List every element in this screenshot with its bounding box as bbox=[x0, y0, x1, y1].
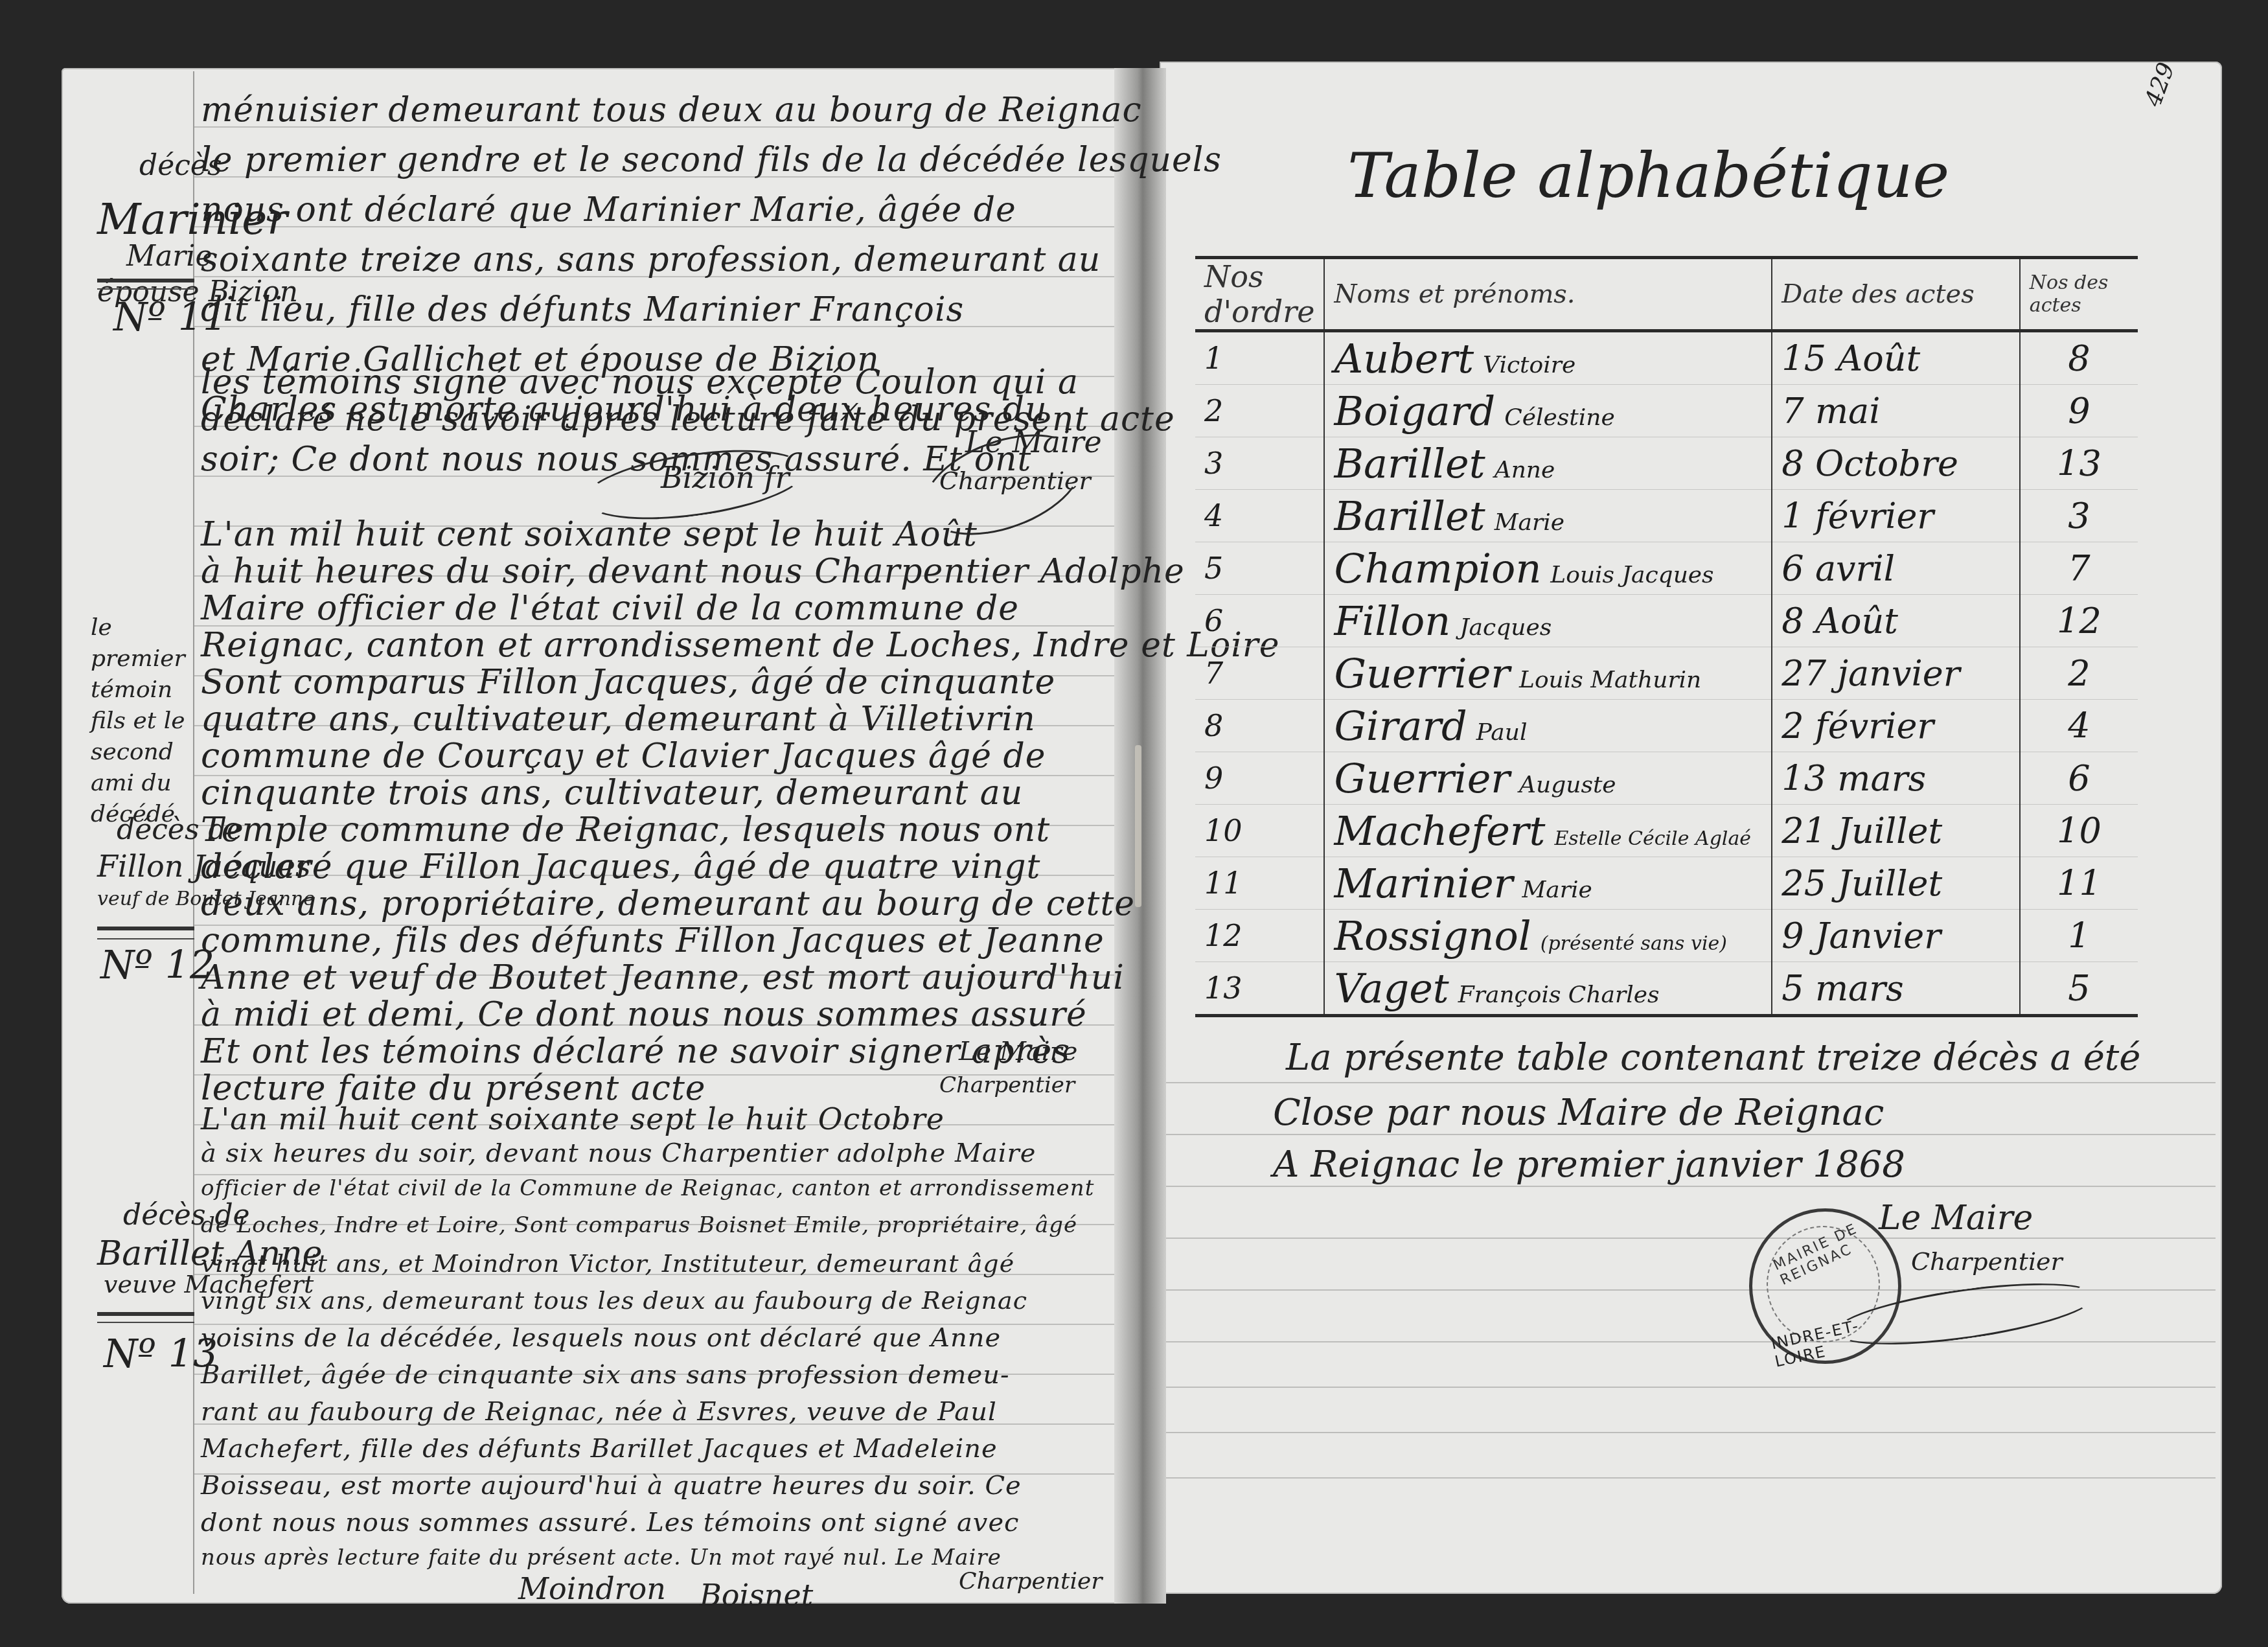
given-name: François Charles bbox=[1458, 982, 1660, 1008]
text-line: commune de Courçay et Clavier Jacques âg… bbox=[201, 737, 1046, 776]
row-no: 7 bbox=[1195, 647, 1324, 700]
text-line: cinquante trois ans, cultivateur, demeur… bbox=[201, 774, 1023, 812]
row-name: FillonJacques bbox=[1324, 595, 1772, 647]
surname: Barillet bbox=[1334, 440, 1485, 487]
row-no: 5 bbox=[1195, 542, 1324, 595]
text-line: dit lieu, fille des défunts Marinier Fra… bbox=[201, 290, 964, 329]
signature: Moindron bbox=[518, 1571, 666, 1606]
table-row: 11 MarinierMarie 25 Juillet 11 bbox=[1195, 857, 2138, 910]
row-name: MarinierMarie bbox=[1324, 857, 1772, 910]
row-acte: 1 bbox=[2020, 910, 2138, 962]
row-date: 5 mars bbox=[1772, 962, 2020, 1016]
given-name: Victoire bbox=[1483, 352, 1575, 378]
row-date: 2 février bbox=[1772, 700, 2020, 752]
row-acte: 6 bbox=[2020, 752, 2138, 805]
mayor-name-signature: Charpentier bbox=[1911, 1247, 2063, 1276]
text-line: déclaré que Fillon Jacques, âgé de quatr… bbox=[201, 847, 1040, 886]
text-line: Anne et veuf de Boutet Jeanne, est mort … bbox=[201, 958, 1125, 997]
text-line: nous ont déclaré que Marinier Marie, âgé… bbox=[201, 190, 1016, 229]
table-row: 12 Rossignol(présenté sans vie) 9 Janvie… bbox=[1195, 910, 2138, 962]
text-line: voisins de la décédée, lesquels nous ont… bbox=[201, 1323, 1001, 1353]
text-line: à six heures du soir, devant nous Charpe… bbox=[201, 1138, 1036, 1168]
row-name: BoigardCélestine bbox=[1324, 385, 1772, 437]
given-name: Célestine bbox=[1504, 404, 1615, 431]
surname: Guerrier bbox=[1334, 650, 1510, 697]
row-no: 12 bbox=[1195, 910, 1324, 962]
signature: Charpentier bbox=[939, 1072, 1075, 1098]
row-acte: 5 bbox=[2020, 962, 2138, 1016]
text-line: à huit heures du soir, devant nous Charp… bbox=[201, 552, 1185, 591]
row-no: 8 bbox=[1195, 700, 1324, 752]
text-line: deux ans, propriétaire, demeurant au bou… bbox=[201, 884, 1135, 923]
row-name: ChampionLouis Jacques bbox=[1324, 542, 1772, 595]
row-name: BarilletAnne bbox=[1324, 437, 1772, 490]
given-name: Paul bbox=[1476, 719, 1528, 746]
table-row: 10 MachefertEstelle Cécile Aglaé 21 Juil… bbox=[1195, 805, 2138, 857]
row-date: 27 janvier bbox=[1772, 647, 2020, 700]
row-no: 6 bbox=[1195, 595, 1324, 647]
row-acte: 7 bbox=[2020, 542, 2138, 595]
row-date: 8 Août bbox=[1772, 595, 2020, 647]
text-line: L'an mil huit cent soixante sept le huit… bbox=[201, 1101, 945, 1136]
table-row: 5 ChampionLouis Jacques 6 avril 7 bbox=[1195, 542, 2138, 595]
row-date: 8 Octobre bbox=[1772, 437, 2020, 490]
row-date: 15 Août bbox=[1772, 331, 2020, 385]
given-name: Marie bbox=[1522, 877, 1592, 903]
row-name: VagetFrançois Charles bbox=[1324, 962, 1772, 1016]
table-header-row: Nos d'ordre Noms et prénoms. Date des ac… bbox=[1195, 258, 2138, 331]
signature: Le Maire bbox=[959, 1037, 1077, 1066]
table-row: 7 GuerrierLouis Mathurin 27 janvier 2 bbox=[1195, 647, 2138, 700]
text-line: à midi et demi, Ce dont nous nous sommes… bbox=[201, 995, 1087, 1034]
row-acte: 3 bbox=[2020, 490, 2138, 542]
text-line: L'an mil huit cent soixante sept le huit… bbox=[201, 515, 978, 554]
text-line: commune, fils des défunts Fillon Jacques… bbox=[201, 921, 1105, 960]
row-name: Rossignol(présenté sans vie) bbox=[1324, 910, 1772, 962]
given-name: Marie bbox=[1495, 509, 1564, 536]
surname: Girard bbox=[1334, 702, 1467, 750]
text-line: dont nous nous sommes assuré. Les témoin… bbox=[201, 1508, 1019, 1538]
row-date: 25 Juillet bbox=[1772, 857, 2020, 910]
row-no: 4 bbox=[1195, 490, 1324, 542]
row-acte: 12 bbox=[2020, 595, 2138, 647]
row-no: 2 bbox=[1195, 385, 1324, 437]
acte-number: Nº 12 bbox=[100, 943, 214, 988]
row-acte: 9 bbox=[2020, 385, 2138, 437]
row-name: GirardPaul bbox=[1324, 700, 1772, 752]
row-acte: 4 bbox=[2020, 700, 2138, 752]
row-date: 1 février bbox=[1772, 490, 2020, 542]
row-date: 13 mars bbox=[1772, 752, 2020, 805]
row-no: 11 bbox=[1195, 857, 1324, 910]
row-acte: 2 bbox=[2020, 647, 2138, 700]
surname: Machefert bbox=[1334, 807, 1545, 855]
table-row: 8 GirardPaul 2 février 4 bbox=[1195, 700, 2138, 752]
margin-given: Marie bbox=[126, 240, 212, 273]
text-line: quatre ans, cultivateur, demeurant à Vil… bbox=[201, 700, 1036, 739]
row-name: AubertVictoire bbox=[1324, 331, 1772, 385]
binding-thread bbox=[1135, 745, 1141, 907]
surname: Aubert bbox=[1334, 335, 1474, 382]
text-line: soixante treize ans, sans profession, de… bbox=[201, 240, 1101, 279]
row-date: 21 Juillet bbox=[1772, 805, 2020, 857]
text-line: Boisseau, est morte aujourd'hui à quatre… bbox=[201, 1471, 1022, 1501]
row-acte: 10 bbox=[2020, 805, 2138, 857]
given-name: Louis Mathurin bbox=[1519, 667, 1701, 693]
table-row: 4 BarilletMarie 1 février 3 bbox=[1195, 490, 2138, 542]
row-acte: 13 bbox=[2020, 437, 2138, 490]
row-date: 9 Janvier bbox=[1772, 910, 2020, 962]
table-row: 6 FillonJacques 8 Août 12 bbox=[1195, 595, 2138, 647]
surname: Rossignol bbox=[1334, 912, 1531, 960]
text-line: Temple commune de Reignac, lesquels nous… bbox=[201, 811, 1050, 849]
row-no: 9 bbox=[1195, 752, 1324, 805]
given-name: Jacques bbox=[1460, 614, 1552, 641]
alphabetical-table: Nos d'ordre Noms et prénoms. Date des ac… bbox=[1195, 256, 2138, 1017]
surname: Guerrier bbox=[1334, 755, 1510, 802]
table-row: 3 BarilletAnne 8 Octobre 13 bbox=[1195, 437, 2138, 490]
text-line: Reignac, canton et arrondissement de Loc… bbox=[201, 626, 1279, 665]
table-row: 9 GuerrierAuguste 13 mars 6 bbox=[1195, 752, 2138, 805]
text-line: Maire officier de l'état civil de la com… bbox=[201, 589, 1019, 628]
header-no: Nos d'ordre bbox=[1195, 258, 1324, 331]
text-line: les témoins signé avec nous excepté Coul… bbox=[201, 363, 1079, 402]
text-line: de Loches, Indre et Loire, Sont comparus… bbox=[201, 1212, 1077, 1238]
text-line: nous après lecture faite du présent acte… bbox=[201, 1545, 1002, 1571]
row-date: 6 avril bbox=[1772, 542, 2020, 595]
text-line: le premier gendre et le second fils de l… bbox=[201, 141, 1222, 179]
surname: Barillet bbox=[1334, 492, 1485, 540]
row-acte: 8 bbox=[2020, 331, 2138, 385]
row-name: BarilletMarie bbox=[1324, 490, 1772, 542]
row-acte: 11 bbox=[2020, 857, 2138, 910]
closing-line: Close par nous Maire de Reignac bbox=[1273, 1092, 1884, 1134]
given-name: Anne bbox=[1495, 457, 1555, 483]
text-line: rant au faubourg de Reignac, née à Esvre… bbox=[201, 1397, 997, 1427]
row-name: MachefertEstelle Cécile Aglaé bbox=[1324, 805, 1772, 857]
closing-line: La présente table contenant treize décès… bbox=[1286, 1037, 2141, 1079]
signature: Boisnet bbox=[700, 1578, 813, 1613]
table-row: 1 AubertVictoire 15 Août 8 bbox=[1195, 331, 2138, 385]
text-line: Barillet, âgée de cinquante six ans sans… bbox=[201, 1360, 1010, 1390]
text-line: Sont comparus Fillon Jacques, âgé de cin… bbox=[201, 663, 1055, 702]
table-row: 2 BoigardCélestine 7 mai 9 bbox=[1195, 385, 2138, 437]
text-line: Et ont les témoins déclaré ne savoir sig… bbox=[201, 1032, 1070, 1071]
header-name: Noms et prénoms. bbox=[1324, 258, 1772, 331]
given-name: Louis Jacques bbox=[1550, 562, 1713, 588]
surname: Marinier bbox=[1334, 860, 1513, 907]
header-date: Date des actes bbox=[1772, 258, 2020, 331]
header-acte: Nos des actes bbox=[2020, 258, 2138, 331]
row-no: 3 bbox=[1195, 437, 1324, 490]
given-name: Auguste bbox=[1519, 772, 1616, 798]
surname: Boigard bbox=[1334, 387, 1495, 435]
row-name: GuerrierAuguste bbox=[1324, 752, 1772, 805]
closing-line: A Reignac le premier janvier 1868 bbox=[1273, 1144, 1905, 1186]
text-line: vingt huit ans, et Moindron Victor, Inst… bbox=[201, 1249, 1014, 1278]
row-name: GuerrierLouis Mathurin bbox=[1324, 647, 1772, 700]
text-line: ménuisier demeurant tous deux au bourg d… bbox=[201, 91, 1142, 130]
given-name: Estelle Cécile Aglaé bbox=[1554, 827, 1751, 850]
surname: Champion bbox=[1334, 545, 1541, 592]
row-no: 13 bbox=[1195, 962, 1324, 1016]
text-line: Machefert, fille des défunts Barillet Ja… bbox=[201, 1434, 998, 1464]
text-line: vingt six ans, demeurant tous les deux a… bbox=[201, 1286, 1027, 1315]
given-name: (présenté sans vie) bbox=[1541, 932, 1727, 955]
page-title: Table alphabétique bbox=[1347, 139, 1949, 212]
table-row: 13 VagetFrançois Charles 5 mars 5 bbox=[1195, 962, 2138, 1016]
surname: Fillon bbox=[1334, 597, 1450, 645]
row-date: 7 mai bbox=[1772, 385, 2020, 437]
surname: Vaget bbox=[1334, 965, 1449, 1012]
row-no: 1 bbox=[1195, 331, 1324, 385]
signature: Charpentier bbox=[959, 1568, 1102, 1595]
row-no: 10 bbox=[1195, 805, 1324, 857]
mayor-title-signature: Le Maire bbox=[1879, 1199, 2033, 1238]
margin-side-note: le premier témoin fils et le second ami … bbox=[91, 612, 194, 830]
text-line: officier de l'état civil de la Commune d… bbox=[201, 1175, 1094, 1201]
